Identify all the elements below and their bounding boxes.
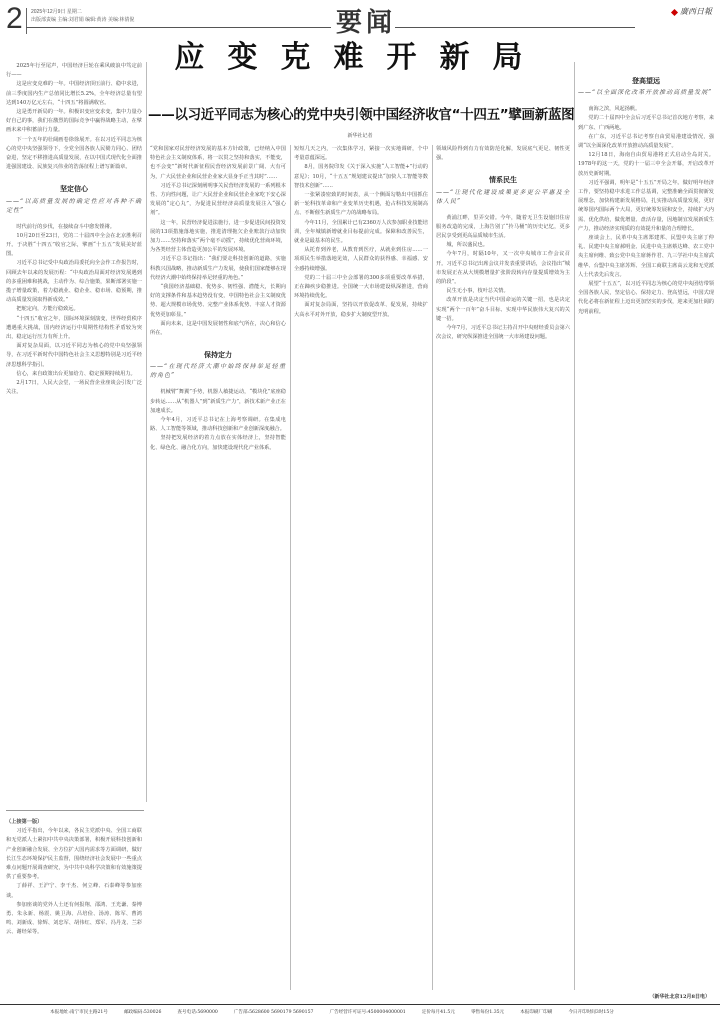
footer-ad-license: 广告经营许可证号:4500004000001 [329, 1009, 405, 1015]
paragraph: 今年7月，习近平总书记主持召开中央财经委员会第六次会议，研究纵深推进全国统一大市… [436, 324, 570, 342]
paragraph: 民生无小事，枝叶总关情。 [436, 287, 570, 296]
paragraph: 信心，来自政策出台更加给力、稳定预期持续用力。 [6, 370, 142, 379]
column-divider [146, 62, 147, 802]
continued-column: （上接第一版） 习近平指出，今年以来，各民主党派中央、全国工商联和无党派人士紧扣… [6, 818, 142, 994]
footer-switchboard: 查号电话:5690000 [177, 1009, 217, 1015]
paragraph: 展望“十五五”，以习近平同志为核心的党中央团结带领全国各族人民，坚定信心、保持定… [578, 280, 714, 317]
paragraph: 改革开放是决定当代中国命运的关键一招，也是决定实现“两个一百年”奋斗目标、实现中… [436, 296, 570, 324]
footer-ads: 广告部:5628600 5690179 5690157 [234, 1009, 314, 1015]
footer: 本报地址:南宁市民主路21号 邮政编码:530026 查号电话:5690000 … [0, 1004, 720, 1018]
diamond-icon [671, 8, 678, 15]
dateline-end: （新华社北京12月8日电） [650, 993, 710, 1000]
paragraph: 8月，国务院印发《关于深入实施“人工智能+”行动的意见》；10月，“十五五”规划… [294, 163, 428, 191]
footer-print-time: 今日开印时间3时15分 [568, 1009, 614, 1015]
paragraph: 南海之滨，风起扬帆。 [578, 105, 714, 114]
footer-printer: 本报印刷厂印刷 [520, 1009, 552, 1015]
section-heading: 登高望远 [578, 76, 714, 85]
paragraph: 习近平总书记深刻阐明事关民营经济发展的一系列根本性、方向性问题，让广大民营企业和… [150, 182, 286, 219]
intro-paragraph: 这是勇开新局的一年。积极识变应变求变，集中力量办好自己的事，我们在激烈的国际竞争… [6, 108, 142, 136]
newspaper-brand: 廣西日報 [672, 6, 712, 17]
masthead-info: 2025年12月9日 星期二 出版部责编 主编:刘君娟 编辑:黄涛 美编:林倩倪 [31, 8, 134, 24]
paragraph: 机械臂“舞翼”手势，机器人敏捷运动，“模块化”底座稳步转运……从“机器人”到“新… [150, 388, 286, 416]
paragraph: 把舵定向，方能行稳致远。 [6, 305, 142, 314]
paragraph: 黄浦江畔，里弄交错。今年，随着无卫生设施旧住房服务改造的完成，上海告别了“拎马桶… [436, 214, 570, 242]
paragraph: 参加座谈的党外人士还有何报翔、邵鸿、王光谦、秦博勇、朱永新、杨震、姚卫海、吕培俭… [6, 901, 142, 938]
paragraph: “我国经济基础稳、优势多、韧性强、潜能大，长期向好的支撑条件和基本趋势没有变，中… [150, 283, 286, 320]
column-divider [290, 145, 291, 990]
paragraph: 一张紧凑密致的时间表，从一个侧面勾勒出中国抓住新一轮科技革命和产业变革历史机遇，… [294, 191, 428, 219]
paragraph: 坚持把发展经济的着力点放在实体经济上，坚持智能化、绿色化、融合化方向，加快建设现… [150, 434, 286, 452]
column-5: 登高望远 ——“以全面深化改革开放推动高质量发展” 南海之滨，风起扬帆。 党的二… [578, 70, 714, 985]
date-line: 2025年12月9日 星期二 [31, 8, 134, 16]
section-heading: 情系民生 [436, 175, 570, 184]
editors-line: 出版部责编 主编:刘君娟 编辑:黄涛 美编:林倩倪 [31, 16, 134, 24]
page-number: 2 [6, 4, 23, 34]
subheadline: ——以习近平同志为核心的党中央引领中国经济收官“十四五”擘画新蓝图 [148, 103, 574, 123]
paragraph: 面向未来，这是中国发展韧性和底气所在，决心和信心所在。 [150, 320, 286, 338]
byline: 新华社记者 [150, 132, 570, 139]
section-heading: 坚定信心 [6, 184, 142, 193]
intro-paragraph: 下一个五年的壮阔画卷徐徐展开。在以习近平同志为核心的党中央坚强领导下，全党全国各… [6, 136, 142, 173]
masthead-rule-right [395, 27, 635, 28]
headline: 应变克难开新局 [150, 38, 570, 78]
continued-label: （上接第一版） [6, 818, 142, 827]
brand-name: 廣西日報 [680, 7, 712, 16]
paragraph: 这一年，民营经济促进法施行，进一步促进民间投资发展的13项措施落地实施，推进清理… [150, 219, 286, 256]
paragraph: 从托育到养老，从教育到医疗，从就业到住房……一项项民生举措落地见效，人民群众的获… [294, 246, 428, 274]
paragraph: 2月17日，人民大会堂，一场民营企业座谈会引发广泛关注。 [6, 379, 142, 397]
column-divider [574, 62, 575, 990]
paragraph: 习近平强调，明年是“十五五”开局之年。做好明年经济工作，要坚持稳中求进工作总基调… [578, 179, 714, 234]
paragraph: 在广东，习近平总书记考察自由贸易港建设情况，强调“以全面深化改革开放推动高质量发… [578, 133, 714, 151]
column-4: 领域风险得到有力有效防范化解，发展底气更足、韧性更强。 情系民生 ——“让现代化… [436, 145, 570, 990]
masthead: 2 2025年12月9日 星期二 出版部责编 主编:刘君娟 编辑:黄涛 美编:林… [0, 0, 720, 38]
footer-price-copy: 零售每份1.35元 [471, 1009, 504, 1015]
paragraph: 10月20日至23日，党的二十届四中全会在北京胜利召开。于决胜“十四五”收官之际… [6, 232, 142, 260]
paragraph: 领域风险得到有力有效防范化解，发展底气更足、韧性更强。 [436, 145, 570, 163]
paragraph: 面对复杂局面，坚持以开放促改革、促发展，持续扩大高水平对外开放，稳步扩大制度型开… [294, 301, 428, 319]
footer-address: 本报地址:南宁市民主路21号 [50, 1009, 108, 1015]
paragraph: 习近平总书记指出：“我们要走科技创新的道路，实施科教兴国战略，推动新质生产力发展… [150, 255, 286, 283]
masthead-divider [26, 8, 27, 34]
paragraph: 今年4月，习近平总书记在上海考察调研。在集成电路、人工智能等领域，推动科技创新和… [150, 416, 286, 434]
intro-paragraph: 这是应变克难的一年。中国经济顶压前行、稳中求进，前三季度国内生产总值同比增长5.… [6, 80, 142, 108]
paragraph: “党和国家对民营经济发展的基本方针政策，已经纳入中国特色社会主义制度体系，将一以… [150, 145, 286, 182]
section-subheading: ——“让现代化建设成果更多更公平惠及全体人民” [436, 188, 570, 206]
paragraph: 习近平总书记受中央政治局委托向全会作工作报告时，回顾去年以来的发展历程：“中央政… [6, 259, 142, 305]
paragraph: “十四五”收官之年，国际环境深刻演变，世界经贸秩序遭遇重大挑战，国内经济运行中周… [6, 315, 142, 343]
section-subheading: ——“以全面深化改革开放推动高质量发展” [578, 88, 714, 97]
footer-postcode: 邮政编码:530026 [124, 1009, 161, 1015]
paragraph: 座谈会上，民革中央主席郑建邦、民盟中央主席丁仲礼、民建中央主席郝明金、民进中央主… [578, 234, 714, 280]
paragraph: 党的二十届三中全会部署的300多项重要改革举措，正在蹄疾步稳推进。全国统一大市场… [294, 274, 428, 302]
paragraph: 城，所以盛民也。 [436, 241, 570, 250]
column-divider [432, 145, 433, 990]
section-subheading: ——“在现代经济大潮中始终保持举足轻重的角色” [150, 362, 286, 380]
continued-rule [6, 810, 144, 811]
paragraph: 党的二十届四中全会后习近平总书记首次地方考察，来到广东、广西两地。 [578, 114, 714, 132]
paragraph: 短短几天之内，一次集体学习，紧接一次实地调研，个中考量意蕴深远。 [294, 145, 428, 163]
paragraph: 丁薛祥、王沪宁、李干杰、何立峰、石泰峰等参加座谈。 [6, 882, 142, 900]
column-1: 2025年行至尾声，中国经济巨轮在乘风破浪中笃定前行—— 这是应变克难的一年。中… [6, 62, 142, 802]
column-2: “党和国家对民营经济发展的基本方针政策，已经纳入中国特色社会主义制度体系，将一以… [150, 145, 286, 990]
paragraph: 今年7月，时隔10年，又一次中央城市工作会议召开。习近平总书记出席会议并发表重要… [436, 250, 570, 287]
paragraph: 今年11月，全国累计已有2360万人次参加职业技能培训，全年城镇新增就业目标提前… [294, 219, 428, 247]
section-heading: 保持定力 [150, 350, 286, 359]
masthead-rule-left [26, 27, 331, 28]
paragraph: 12月18日，海南自由贸易港将正式启动全岛封关。1978年的这一天，党的十一届三… [578, 151, 714, 179]
intro-paragraph: 2025年行至尾声，中国经济巨轮在乘风破浪中笃定前行—— [6, 62, 142, 80]
section-subheading: ——“以高质量发展的确定性应对各种不确定性” [6, 197, 142, 215]
paragraph: 面对复杂局面，以习近平同志为核心的党中央坚强领导，在习近平新时代中国特色社会主义… [6, 342, 142, 370]
paragraph: 时代前行的步伐，在接续奋斗中愈发铿锵。 [6, 223, 142, 232]
section-title: 要闻 [336, 2, 396, 39]
column-3: 短短几天之内，一次集体学习，紧接一次实地调研，个中考量意蕴深远。 8月，国务院印… [294, 145, 428, 990]
footer-price-month: 定价每月41.5元 [422, 1009, 455, 1015]
paragraph: 习近平指出，今年以来，各民主党派中央、全国工商联和无党派人士紧扣中共中央决策部署… [6, 827, 142, 882]
